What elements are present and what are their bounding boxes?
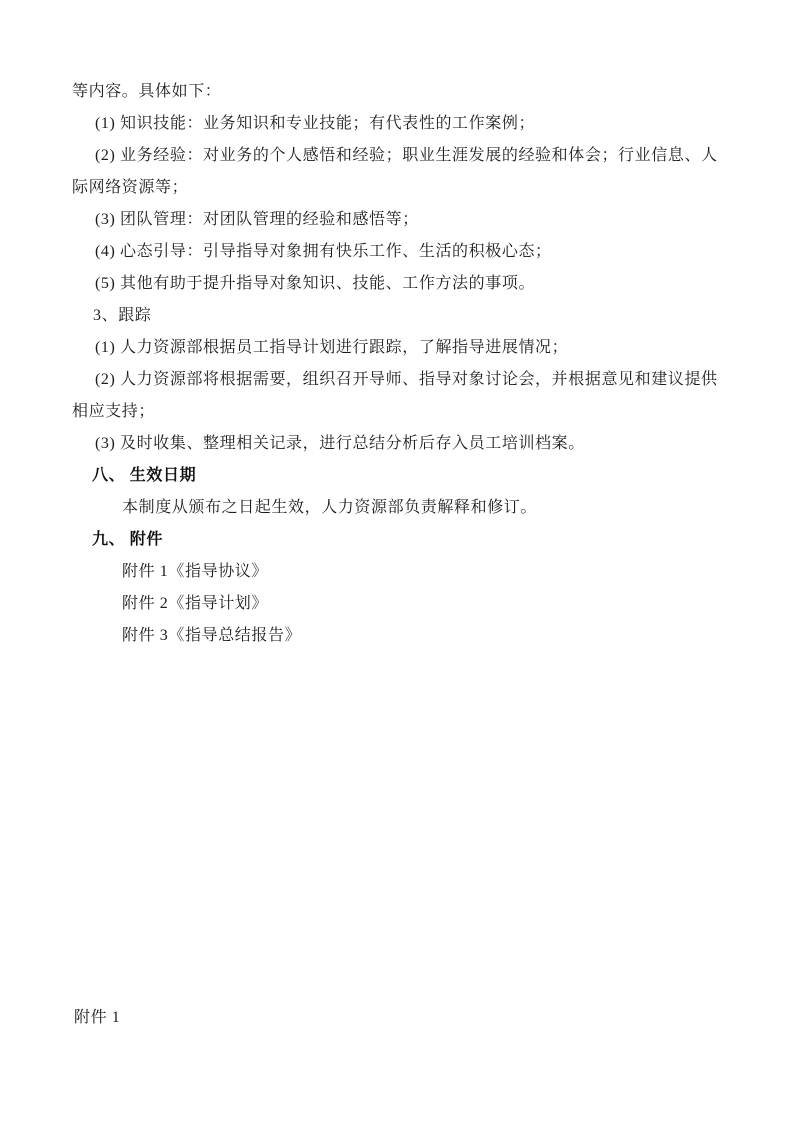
document-line: (2) 业务经验：对业务的个人感悟和经验；职业生涯发展的经验和体会；行业信息、人 xyxy=(72,140,722,172)
section-heading: 八、 生效日期 xyxy=(72,460,722,492)
document-line: 附件 3《指导总结报告》 xyxy=(72,620,722,652)
document-line: 本制度从颁布之日起生效，人力资源部负责解释和修订。 xyxy=(72,492,722,524)
document-line: 附件 1《指导协议》 xyxy=(72,556,722,588)
attachment-footnote: 附件 1 xyxy=(74,1002,120,1034)
document-line: 3、跟踪 xyxy=(72,300,722,332)
document-line: (3) 及时收集、整理相关记录，进行总结分析后存入员工培训档案。 xyxy=(72,428,722,460)
document-body: 等内容。具体如下：(1) 知识技能：业务知识和专业技能；有代表性的工作案例；(2… xyxy=(72,76,722,652)
document-line: (1) 人力资源部根据员工指导计划进行跟踪，了解指导进展情况； xyxy=(72,332,722,364)
document-line: 附件 2《指导计划》 xyxy=(72,588,722,620)
document-line: 等内容。具体如下： xyxy=(72,76,722,108)
document-line: 相应支持； xyxy=(72,396,722,428)
document-line: 际网络资源等； xyxy=(72,172,722,204)
document-line: (1) 知识技能：业务知识和专业技能；有代表性的工作案例； xyxy=(72,108,722,140)
document-line: (3) 团队管理：对团队管理的经验和感悟等； xyxy=(72,204,722,236)
document-line: (4) 心态引导：引导指导对象拥有快乐工作、生活的积极心态； xyxy=(72,236,722,268)
section-heading: 九、 附件 xyxy=(72,524,722,556)
document-line: (5) 其他有助于提升指导对象知识、技能、工作方法的事项。 xyxy=(72,268,722,300)
document-line: (2) 人力资源部将根据需要，组织召开导师、指导对象讨论会，并根据意见和建议提供 xyxy=(72,364,722,396)
document-page: 等内容。具体如下：(1) 知识技能：业务知识和专业技能；有代表性的工作案例；(2… xyxy=(0,0,793,1122)
